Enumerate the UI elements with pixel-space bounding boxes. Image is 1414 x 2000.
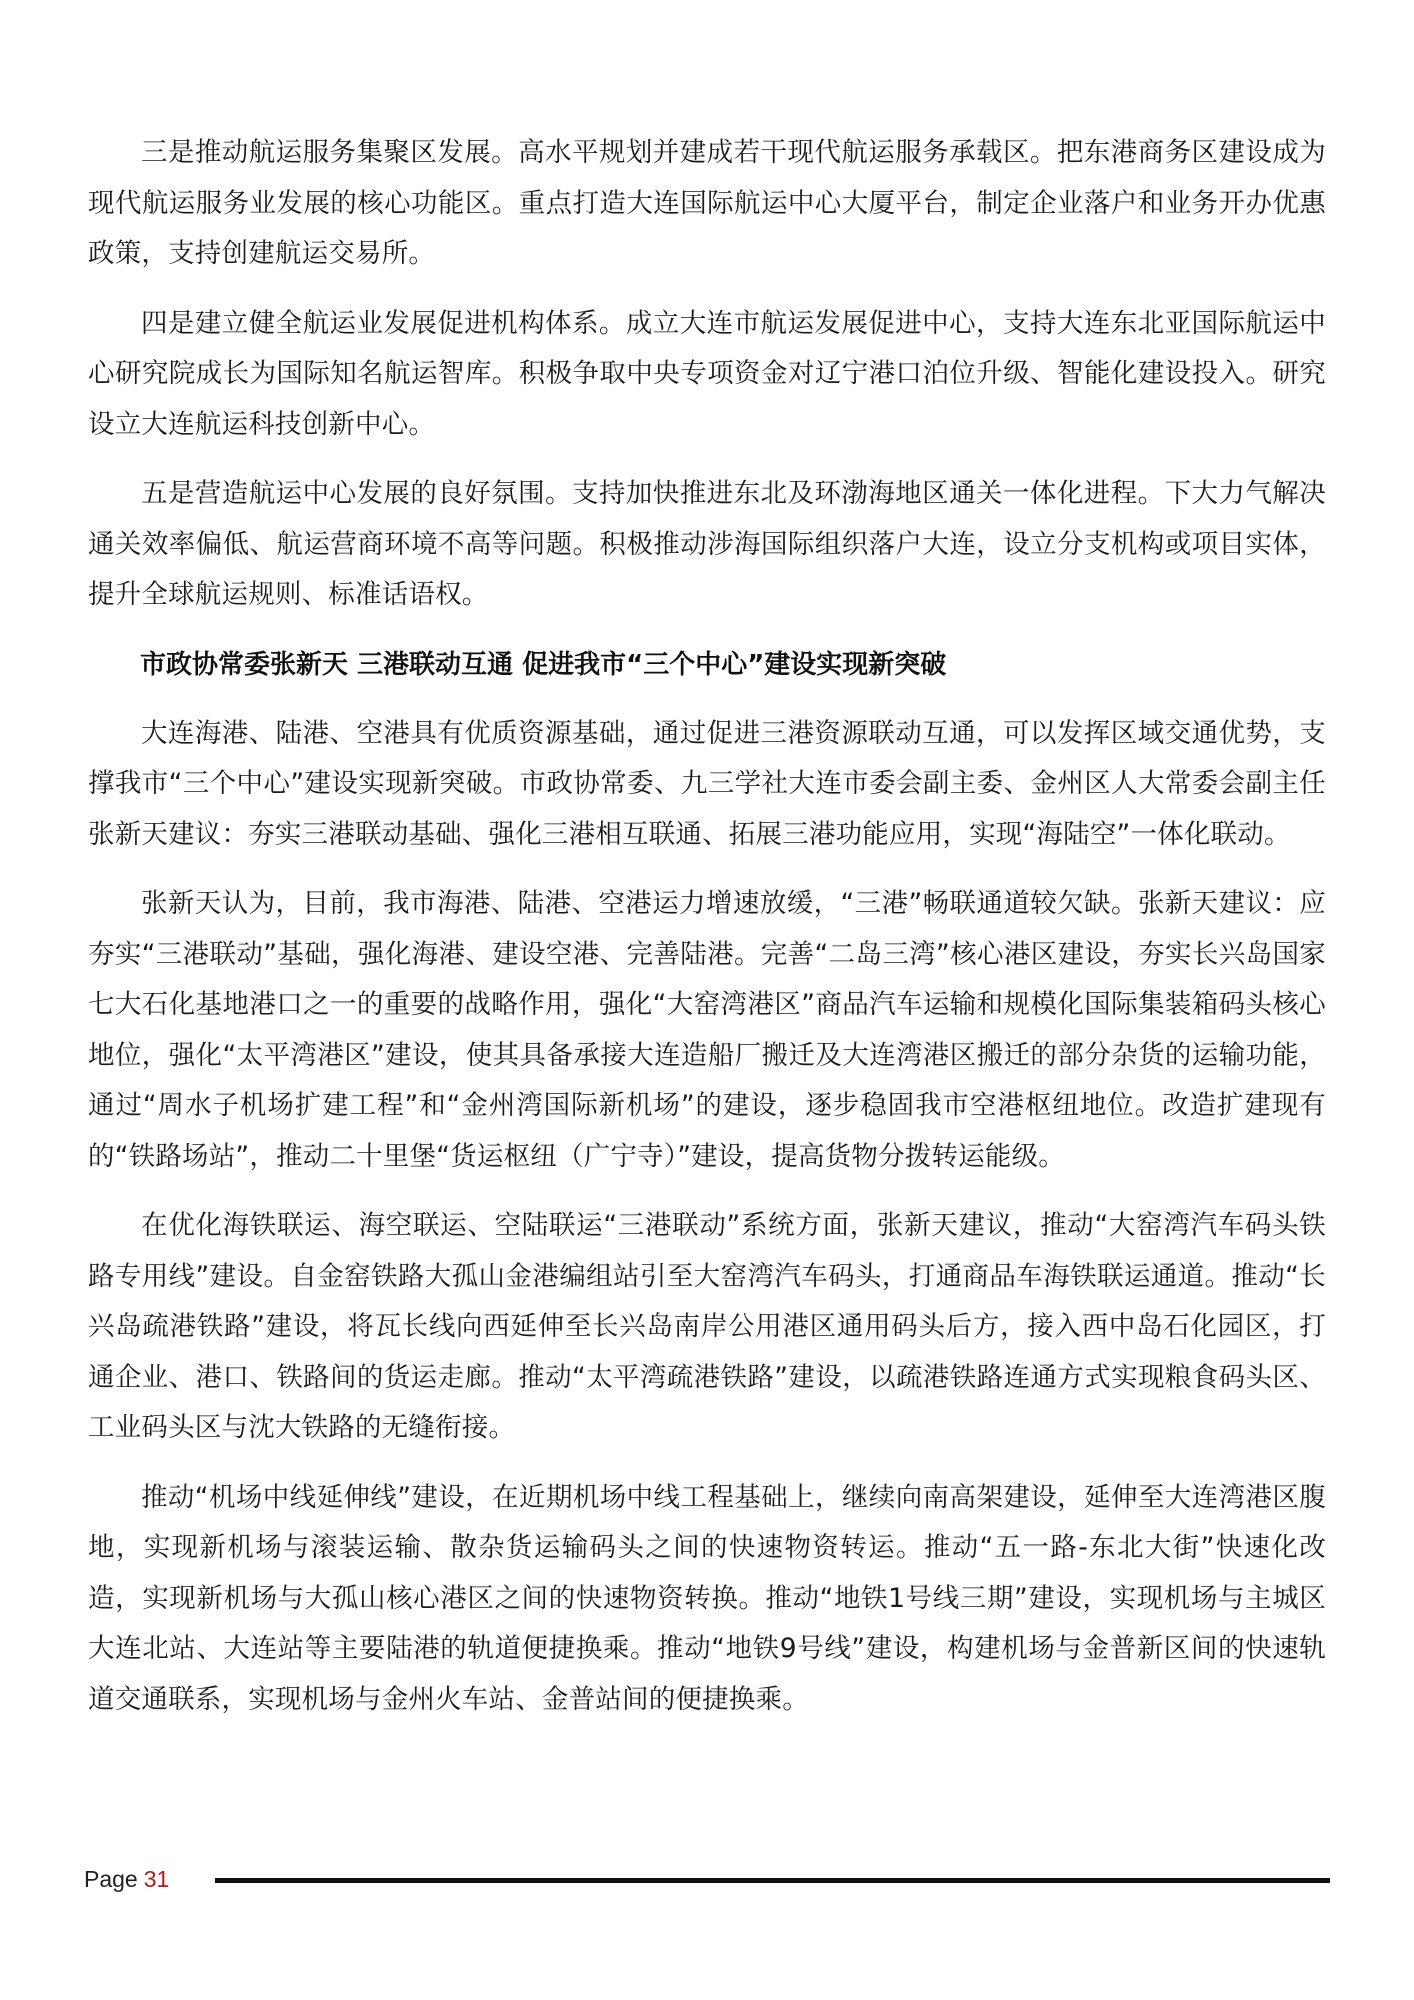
page-label: Page [84,1866,138,1892]
paragraph-airport-line: 推动“机场中线延伸线”建设，在近期机场中线工程基础上，继续向南高架建设，延伸至大… [88,1473,1326,1726]
section-heading: 市政协常委张新天 三港联动互通 促进我市“三个中心”建设实现新突破 [88,640,1326,690]
paragraph-intro: 大连海港、陆港、空港具有优质资源基础，通过促进三港资源联动互通，可以发挥区域交通… [88,709,1326,861]
paragraph-atmosphere: 五是营造航运中心发展的良好氛围。支持加快推进东北及环渤海地区通关一体化进程。下大… [88,469,1326,621]
page-number: 31 [144,1866,170,1892]
paragraph-intermodal: 在优化海铁联运、海空联运、空陆联运“三港联动”系统方面，张新天建议，推动“大窑湾… [88,1201,1326,1454]
page-indicator: Page31 [84,1866,169,1893]
document-body: 三是推动航运服务集聚区发展。高水平规划并建成若干现代航运服务承载区。把东港商务区… [88,128,1326,1744]
page-footer: Page31 [84,1862,1330,1896]
footer-rule [215,1878,1330,1883]
paragraph-promotion-system: 四是建立健全航运业发展促进机构体系。成立大连市航运发展促进中心，支持大连东北亚国… [88,299,1326,451]
paragraph-current-situation: 张新天认为，目前，我市海港、陆港、空港运力增速放缓，“三港”畅联通道较欠缺。张新… [88,879,1326,1182]
paragraph-service-cluster: 三是推动航运服务集聚区发展。高水平规划并建成若干现代航运服务承载区。把东港商务区… [88,128,1326,280]
